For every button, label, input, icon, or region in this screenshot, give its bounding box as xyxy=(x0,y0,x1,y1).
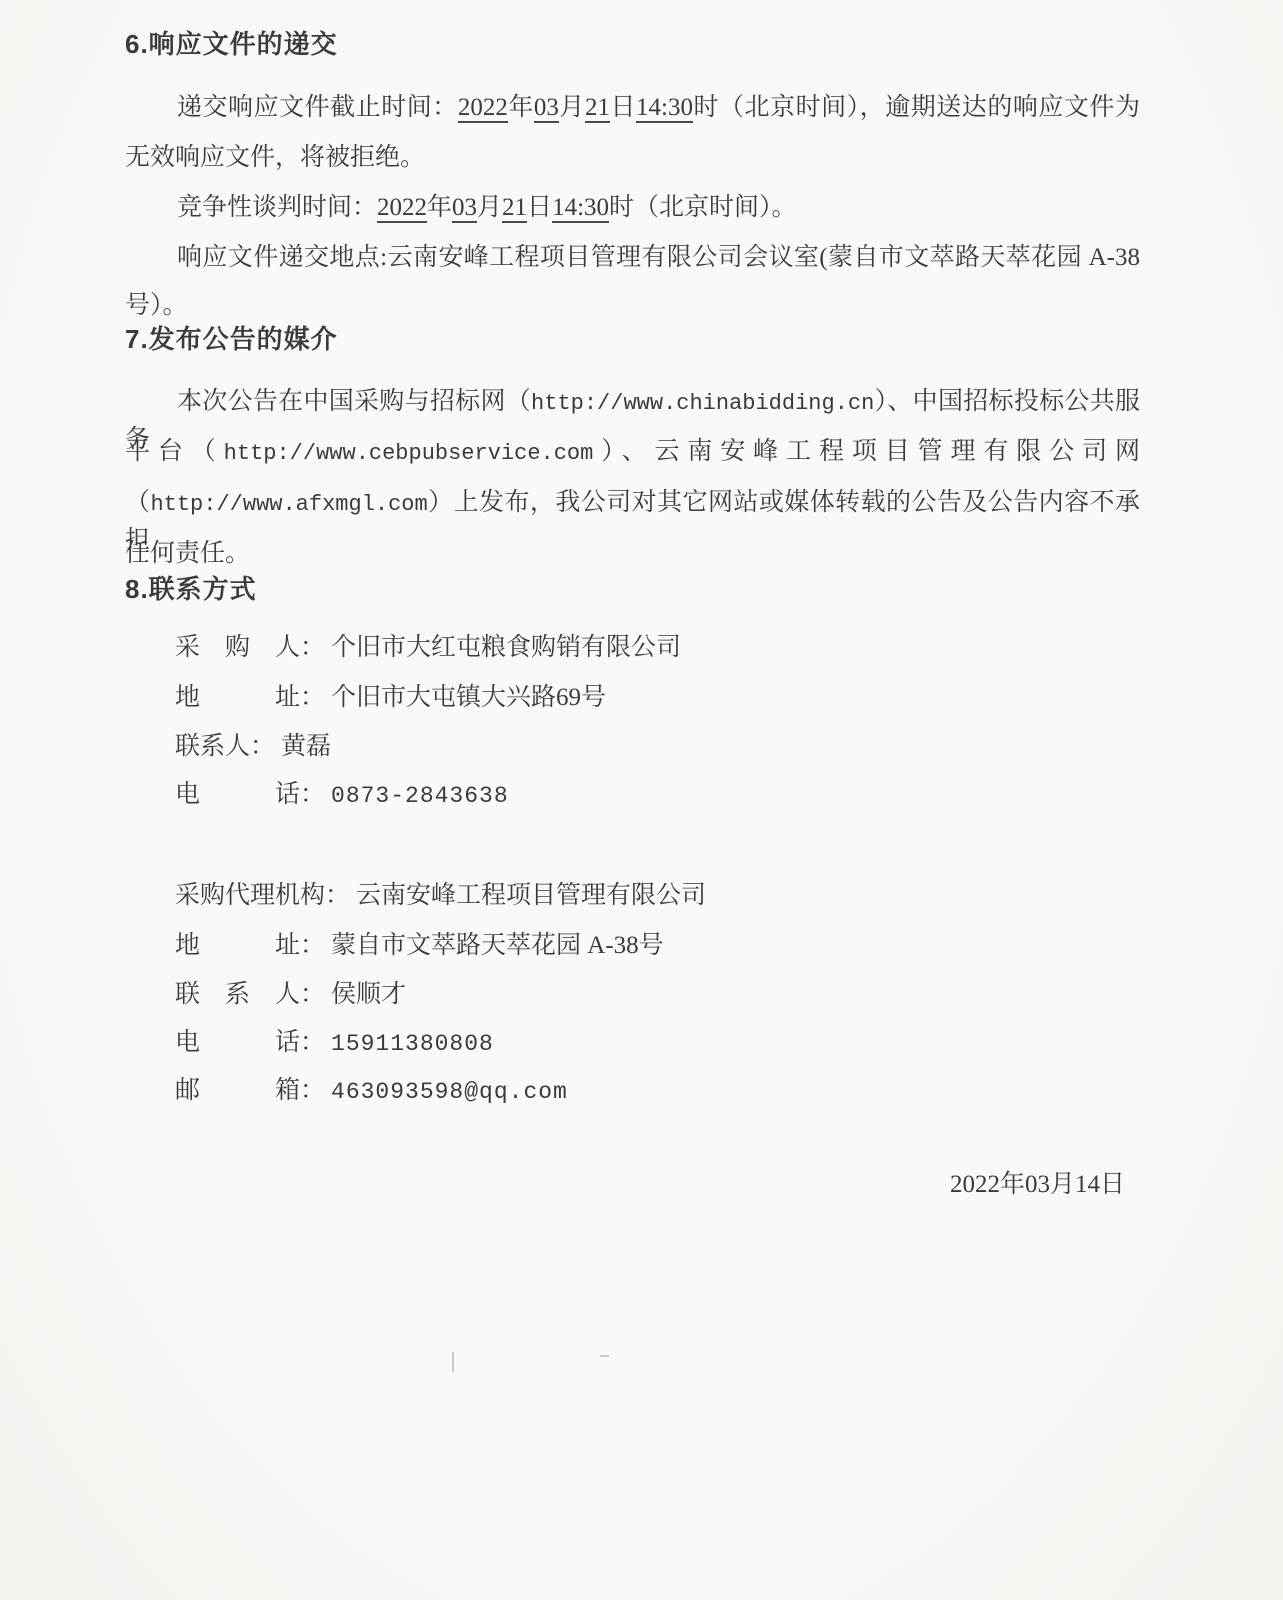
purchaser-name-label: 采 购 人： xyxy=(175,634,325,661)
deadline-year-unit: 年 xyxy=(508,94,534,121)
negotiation-day-unit: 日 xyxy=(527,194,552,221)
negotiation-time-line: 竞争性谈判时间：2022年03月21日14:30时（北京时间）。 xyxy=(125,190,1140,226)
purchaser-phone-label: 电 话： xyxy=(175,781,325,808)
purchaser-phone-value: 0873-2843638 xyxy=(331,783,509,809)
scan-speck-vertical xyxy=(452,1352,454,1372)
negotiation-label: 竞争性谈判时间： xyxy=(177,194,377,221)
section6-heading: 6.响应文件的递交 xyxy=(125,26,1140,62)
announcement-date: 2022年03月14日 xyxy=(125,1167,1265,1203)
purchaser-address-value: 个旧市大屯镇大兴路69号 xyxy=(331,684,606,711)
deadline-label: 递交响应文件截止时间： xyxy=(177,94,458,121)
agency-email-value: 463093598@qq.com xyxy=(331,1079,568,1105)
chinabidding-url: http://www.chinabidding.cn xyxy=(531,391,874,416)
media-line1-pre: 本次公告在中国采购与招标网（ xyxy=(177,388,531,415)
agency-address-row: 地 址：蒙自市文萃路天萃花园 A-38号 xyxy=(175,928,1140,964)
media-line2-post: ）、云南安峰工程项目管理有限公司网 xyxy=(593,438,1140,465)
deadline-line: 递交响应文件截止时间：2022年03月21日14:30时（北京时间），逾期送达的… xyxy=(125,90,1140,126)
deadline-line-cont: 无效响应文件，将被拒绝。 xyxy=(125,140,1140,176)
negotiation-month: 03 xyxy=(452,194,477,223)
deadline-suffix: 时（北京时间），逾期送达的响应文件为 xyxy=(693,94,1140,121)
cebpubservice-url: http://www.cebpubservice.com xyxy=(224,441,594,466)
agency-phone-row: 电 话：15911380808 xyxy=(175,1025,1140,1061)
purchaser-address-row: 地 址：个旧市大屯镇大兴路69号 xyxy=(175,680,1140,716)
submission-place-line2: 号）。 xyxy=(125,288,1140,324)
media-line3-pre: （ xyxy=(125,489,150,516)
afxmgl-url: http://www.afxmgl.com xyxy=(150,492,427,517)
purchaser-address-label: 地 址： xyxy=(175,684,325,711)
purchaser-name-value: 个旧市大红屯粮食购销有限公司 xyxy=(331,634,681,661)
negotiation-month-unit: 月 xyxy=(477,194,502,221)
deadline-day: 21 xyxy=(585,94,610,123)
agency-phone-value: 15911380808 xyxy=(331,1031,494,1057)
agency-contactperson-value: 侯顺才 xyxy=(331,981,406,1008)
agency-name-label: 采购代理机构： xyxy=(175,882,350,909)
media-line3: （http://www.afxmgl.com）上发布，我公司对其它网站或媒体转载… xyxy=(125,485,1140,521)
purchaser-contactperson-label: 联系人： xyxy=(175,733,275,760)
negotiation-suffix: 时（北京时间）。 xyxy=(609,194,797,221)
agency-address-label: 地 址： xyxy=(175,932,325,959)
negotiation-time: 14:30 xyxy=(552,194,609,223)
agency-name-value: 云南安峰工程项目管理有限公司 xyxy=(356,882,706,909)
agency-phone-label: 电 话： xyxy=(175,1029,325,1056)
scan-speck-dash xyxy=(600,1355,609,1357)
media-line2-pre: 平台（ xyxy=(125,438,224,465)
submission-place-line1: 响应文件递交地点:云南安峰工程项目管理有限公司会议室(蒙自市文萃路天萃花园 A-… xyxy=(125,240,1140,276)
purchaser-phone-row: 电 话：0873-2843638 xyxy=(175,777,1140,813)
negotiation-year-unit: 年 xyxy=(427,194,452,221)
agency-name-row: 采购代理机构：云南安峰工程项目管理有限公司 xyxy=(175,878,1140,914)
agency-address-value: 蒙自市文萃路天萃花园 A-38号 xyxy=(331,932,664,959)
section7-heading: 7.发布公告的媒介 xyxy=(125,321,1140,357)
media-line2: 平台（http://www.cebpubservice.com）、云南安峰工程项… xyxy=(125,434,1140,470)
scanned-document-page: 6.响应文件的递交 递交响应文件截止时间：2022年03月21日14:30时（北… xyxy=(0,0,1283,1600)
deadline-month: 03 xyxy=(534,94,559,123)
deadline-year: 2022 xyxy=(458,94,508,123)
purchaser-contactperson-value: 黄磊 xyxy=(281,733,331,760)
agency-contactperson-row: 联 系 人：侯顺才 xyxy=(175,977,1140,1013)
deadline-day-unit: 日 xyxy=(610,94,636,121)
media-line1: 本次公告在中国采购与招标网（http://www.chinabidding.cn… xyxy=(125,384,1140,420)
deadline-time: 14:30 xyxy=(636,94,693,123)
section8-heading: 8.联系方式 xyxy=(125,571,1140,607)
agency-email-label: 邮 箱： xyxy=(175,1077,325,1104)
deadline-month-unit: 月 xyxy=(559,94,585,121)
negotiation-day: 21 xyxy=(502,194,527,223)
negotiation-year: 2022 xyxy=(377,194,427,223)
agency-contactperson-label: 联 系 人： xyxy=(175,981,325,1008)
media-line4: 任何责任。 xyxy=(125,536,1140,572)
purchaser-contactperson-row: 联系人：黄磊 xyxy=(175,729,1140,765)
agency-email-row: 邮 箱：463093598@qq.com xyxy=(175,1073,1140,1109)
purchaser-name-row: 采 购 人：个旧市大红屯粮食购销有限公司 xyxy=(175,630,1140,666)
